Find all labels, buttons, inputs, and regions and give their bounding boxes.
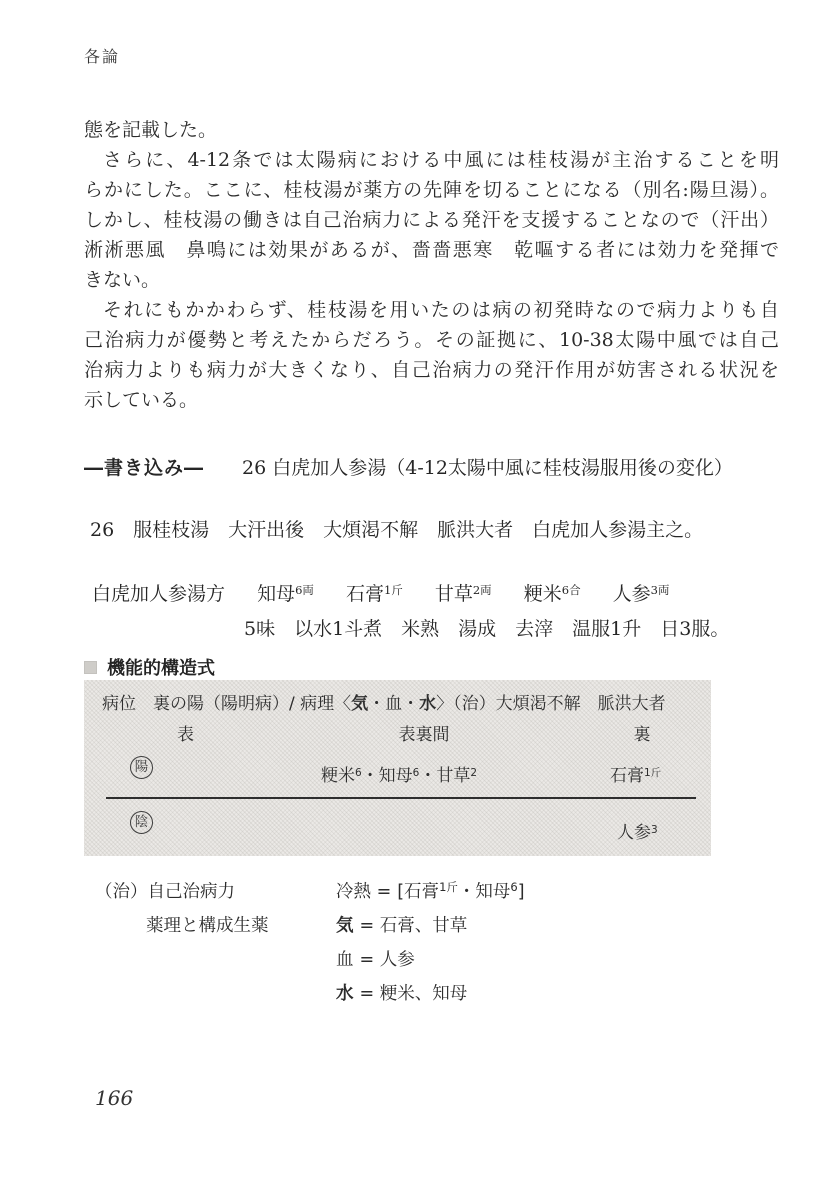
chi-line-ketsu: 血= 人参	[336, 946, 415, 971]
yin-right-herb: 人参3	[617, 818, 658, 843]
herb-amount: 6	[355, 767, 362, 779]
body-paragraph: 態を記載した。	[84, 115, 779, 145]
chi-label: （治）自己治病力	[95, 878, 235, 903]
ingredient-amount: 3両	[651, 583, 670, 597]
body-line: らかにした。ここに、桂枝湯が薬方の先陣を切ることになる（別名:陽旦湯）。	[84, 175, 779, 205]
body-line: しかし、桂枝湯の働きは自己治病力による発汗を支援することなので（汗出）	[84, 205, 779, 235]
divider-line	[106, 797, 696, 799]
position-label-front: 表	[177, 720, 194, 745]
body-line: きない。	[84, 265, 779, 295]
herb-name: 人参	[617, 823, 651, 843]
ingredient-name: 甘草	[435, 583, 473, 605]
sui-keyword: 水	[419, 694, 436, 714]
separator: ・	[419, 766, 436, 786]
structure-header-text: 〉（治）大煩渇不解 脈洪大者	[436, 694, 666, 714]
chi-term: 冷熱 =	[336, 882, 391, 902]
ingredient-name: 人参	[613, 583, 651, 605]
herb-amount: 2	[470, 767, 477, 779]
yang-circle-label: 陽	[130, 756, 153, 779]
jomon-quote: 26 服桂枝湯 大汗出後 大煩渇不解 脈洪大者 白虎加人参湯主之。	[84, 517, 779, 543]
section-heading-label: 機能的構造式	[107, 654, 215, 680]
body-text: 態を記載した。 さらに、4-12条では太陽病における中風には桂枝湯が主治すること…	[84, 115, 779, 415]
yang-herbs: 粳米6・知母6・甘草2	[321, 761, 477, 786]
ingredient-name: 粳米	[524, 583, 562, 605]
herb-amount: 1斤	[644, 767, 661, 779]
separator: ・	[362, 766, 379, 786]
ingredient-amount: 6両	[295, 583, 314, 597]
herb-name: 石膏	[610, 766, 644, 786]
formula-name: 白虎加人参湯方	[92, 583, 225, 605]
chi-value: = 石膏、甘草	[360, 916, 468, 936]
running-header: 各論	[84, 44, 779, 67]
formula-ingredient: 知母6両	[257, 583, 314, 605]
herb-amount: 1斤	[439, 880, 458, 894]
body-paragraph: それにもかかわらず、桂枝湯を用いたのは病の初発時なので病力よりも自 己治病力が優…	[84, 295, 779, 415]
chi-sublabel: 薬理と構成生薬	[146, 912, 269, 937]
formula-ingredient: 甘草2両	[435, 583, 492, 605]
formula-ingredient: 粳米6合	[524, 583, 581, 605]
position-label-between: 表裏間	[399, 720, 450, 745]
body-line: 淅淅悪風 鼻鳴には効果があるが、嗇嗇悪寒 乾嘔する者には効力を発揮で	[84, 235, 779, 265]
ingredient-name: 石膏	[346, 583, 384, 605]
body-line: 態を記載した。	[84, 115, 779, 145]
ingredient-amount: 6合	[562, 583, 581, 597]
herb-name: 知母	[379, 766, 413, 786]
chi-line-ki: 気= 石膏、甘草	[336, 912, 467, 937]
herb-amount: 3	[651, 824, 658, 836]
herb-name: 甘草	[436, 766, 470, 786]
chi-value: = 人参	[360, 950, 415, 970]
herb-amount: 6	[510, 880, 517, 894]
body-line: それにもかかわらず、桂枝湯を用いたのは病の初発時なので病力よりも自	[84, 295, 779, 325]
position-label-back: 裏	[634, 720, 651, 745]
chi-term: 水	[336, 984, 354, 1004]
body-line: 治病力よりも病力が大きくなり、自己治病力の発汗作用が妨害される状況を	[84, 355, 779, 385]
ingredient-amount: 1斤	[384, 583, 403, 597]
formula-preparation: 5味 以水1斗煮 米熟 湯成 去滓 温服1升 日3服。	[84, 612, 779, 647]
chi-section: （治）自己治病力 薬理と構成生薬 冷熱 =[石膏1斤・知母6] 気= 石膏、甘草…	[84, 878, 779, 1008]
book-page: 各論 態を記載した。 さらに、4-12条では太陽病における中風には桂枝湯が主治す…	[0, 0, 830, 1178]
chi-value: ・知母	[458, 882, 511, 902]
kakikomi-label: ―書き込み―	[84, 455, 204, 481]
ki-keyword: 気	[351, 694, 368, 714]
chi-term: 気	[336, 916, 354, 936]
structure-header-row: 病位 裏の陽（陽明病）/ 病理〈気・血・水〉（治）大煩渇不解 脈洪大者	[102, 689, 666, 714]
section-heading: 機能的構造式	[84, 655, 779, 679]
structure-header-text: ・血・	[368, 694, 419, 714]
chi-value: [石膏	[397, 882, 439, 902]
yang-right-herb: 石膏1斤	[610, 761, 661, 786]
chi-term: 血	[336, 950, 354, 970]
body-paragraph: さらに、4-12条では太陽病における中風には桂枝湯が主治することを明 らかにした…	[84, 145, 779, 295]
section-marker-icon	[84, 661, 97, 674]
ingredient-name: 知母	[257, 583, 295, 605]
body-line: 示している。	[84, 385, 779, 415]
formula-ingredient: 人参3両	[613, 583, 670, 605]
structure-header-text: 病位 裏の陽（陽明病）/ 病理〈	[102, 694, 351, 714]
ingredient-amount: 2両	[473, 583, 492, 597]
kakikomi-title: 26 白虎加人参湯（4-12太陽中風に桂枝湯服用後の変化）	[242, 455, 733, 481]
page-number: 166	[95, 1086, 133, 1110]
yin-circle-icon: 陰	[130, 811, 153, 834]
chi-line-reinetsu: 冷熱 =[石膏1斤・知母6]	[336, 878, 525, 903]
chi-value: = 粳米、知母	[360, 984, 468, 1004]
yang-circle-icon: 陽	[130, 756, 153, 779]
body-line: 己治病力が優勢と考えたからだろう。その証拠に、10-38太陽中風では自己	[84, 325, 779, 355]
formula-ingredient: 石膏1斤	[346, 583, 403, 605]
formula-block: 白虎加人参湯方 知母6両 石膏1斤 甘草2両 粳米6合 人参3両 5味 以水1斗…	[84, 573, 779, 647]
chi-value: ]	[518, 882, 525, 902]
formula-ingredients-line: 白虎加人参湯方 知母6両 石膏1斤 甘草2両 粳米6合 人参3両	[84, 573, 779, 612]
kakikomi-heading: ―書き込み― 26 白虎加人参湯（4-12太陽中風に桂枝湯服用後の変化）	[84, 455, 779, 481]
chi-line-sui: 水= 粳米、知母	[336, 980, 467, 1005]
yin-circle-label: 陰	[130, 811, 153, 834]
herb-name: 粳米	[321, 766, 355, 786]
body-line: さらに、4-12条では太陽病における中風には桂枝湯が主治することを明	[84, 145, 779, 175]
structure-box: 病位 裏の陽（陽明病）/ 病理〈気・血・水〉（治）大煩渇不解 脈洪大者 表 表裏…	[84, 680, 711, 856]
